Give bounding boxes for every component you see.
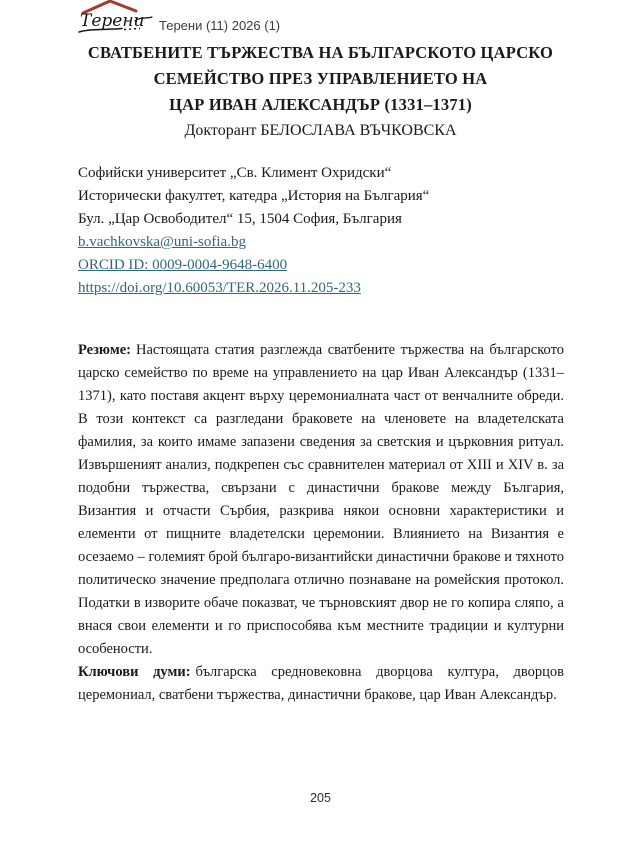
keywords-paragraph: Ключови думи:българска средновековна дво… [78, 661, 564, 707]
affiliation-address: Бул. „Цар Освободител“ 15, 1504 София, Б… [78, 208, 564, 231]
orcid-link[interactable]: ORCID ID: 0009-0004-9648-6400 [78, 254, 287, 277]
page-header: Терени Терени (11) 2026 (1) [78, 0, 280, 36]
article-title-line-2: СЕМЕЙСТВО ПРЕЗ УПРАВЛЕНИЕТО НА [0, 66, 641, 92]
abstract-section: Резюме:Настоящата статия разглежда сватб… [78, 339, 564, 707]
author-line: Докторант БЕЛОСЛАВА ВЪЧКОВСКА [0, 118, 641, 144]
journal-issue-label: Терени (11) 2026 (1) [159, 18, 280, 36]
tereni-logo-icon: Терени [78, 0, 154, 36]
abstract-label: Резюме: [78, 342, 131, 358]
article-title-line-1: СВАТБЕНИТЕ ТЪРЖЕСТВА НА БЪЛГАРСКОТО ЦАРС… [0, 40, 641, 66]
affiliation-block: Софийски университет „Св. Климент Охридс… [78, 162, 564, 300]
affiliation-faculty: Исторически факултет, катедра „История н… [78, 185, 564, 208]
page-number: 205 [0, 791, 641, 805]
journal-page: Терени Терени (11) 2026 (1) СВАТБЕНИТЕ Т… [0, 0, 641, 864]
keywords-label: Ключови думи: [78, 664, 191, 680]
article-title-line-3: ЦАР ИВАН АЛЕКСАНДЪР (1331–1371) [0, 92, 641, 118]
abstract-text: Настоящата статия разглежда сватбените т… [78, 342, 564, 657]
affiliation-university: Софийски университет „Св. Климент Охридс… [78, 162, 564, 185]
doi-link[interactable]: https://doi.org/10.60053/TER.2026.11.205… [78, 277, 361, 300]
abstract-paragraph: Резюме:Настоящата статия разглежда сватб… [78, 339, 564, 661]
title-block: СВАТБЕНИТЕ ТЪРЖЕСТВА НА БЪЛГАРСКОТО ЦАРС… [0, 40, 641, 144]
email-link[interactable]: b.vachkovska@uni-sofia.bg [78, 231, 246, 254]
